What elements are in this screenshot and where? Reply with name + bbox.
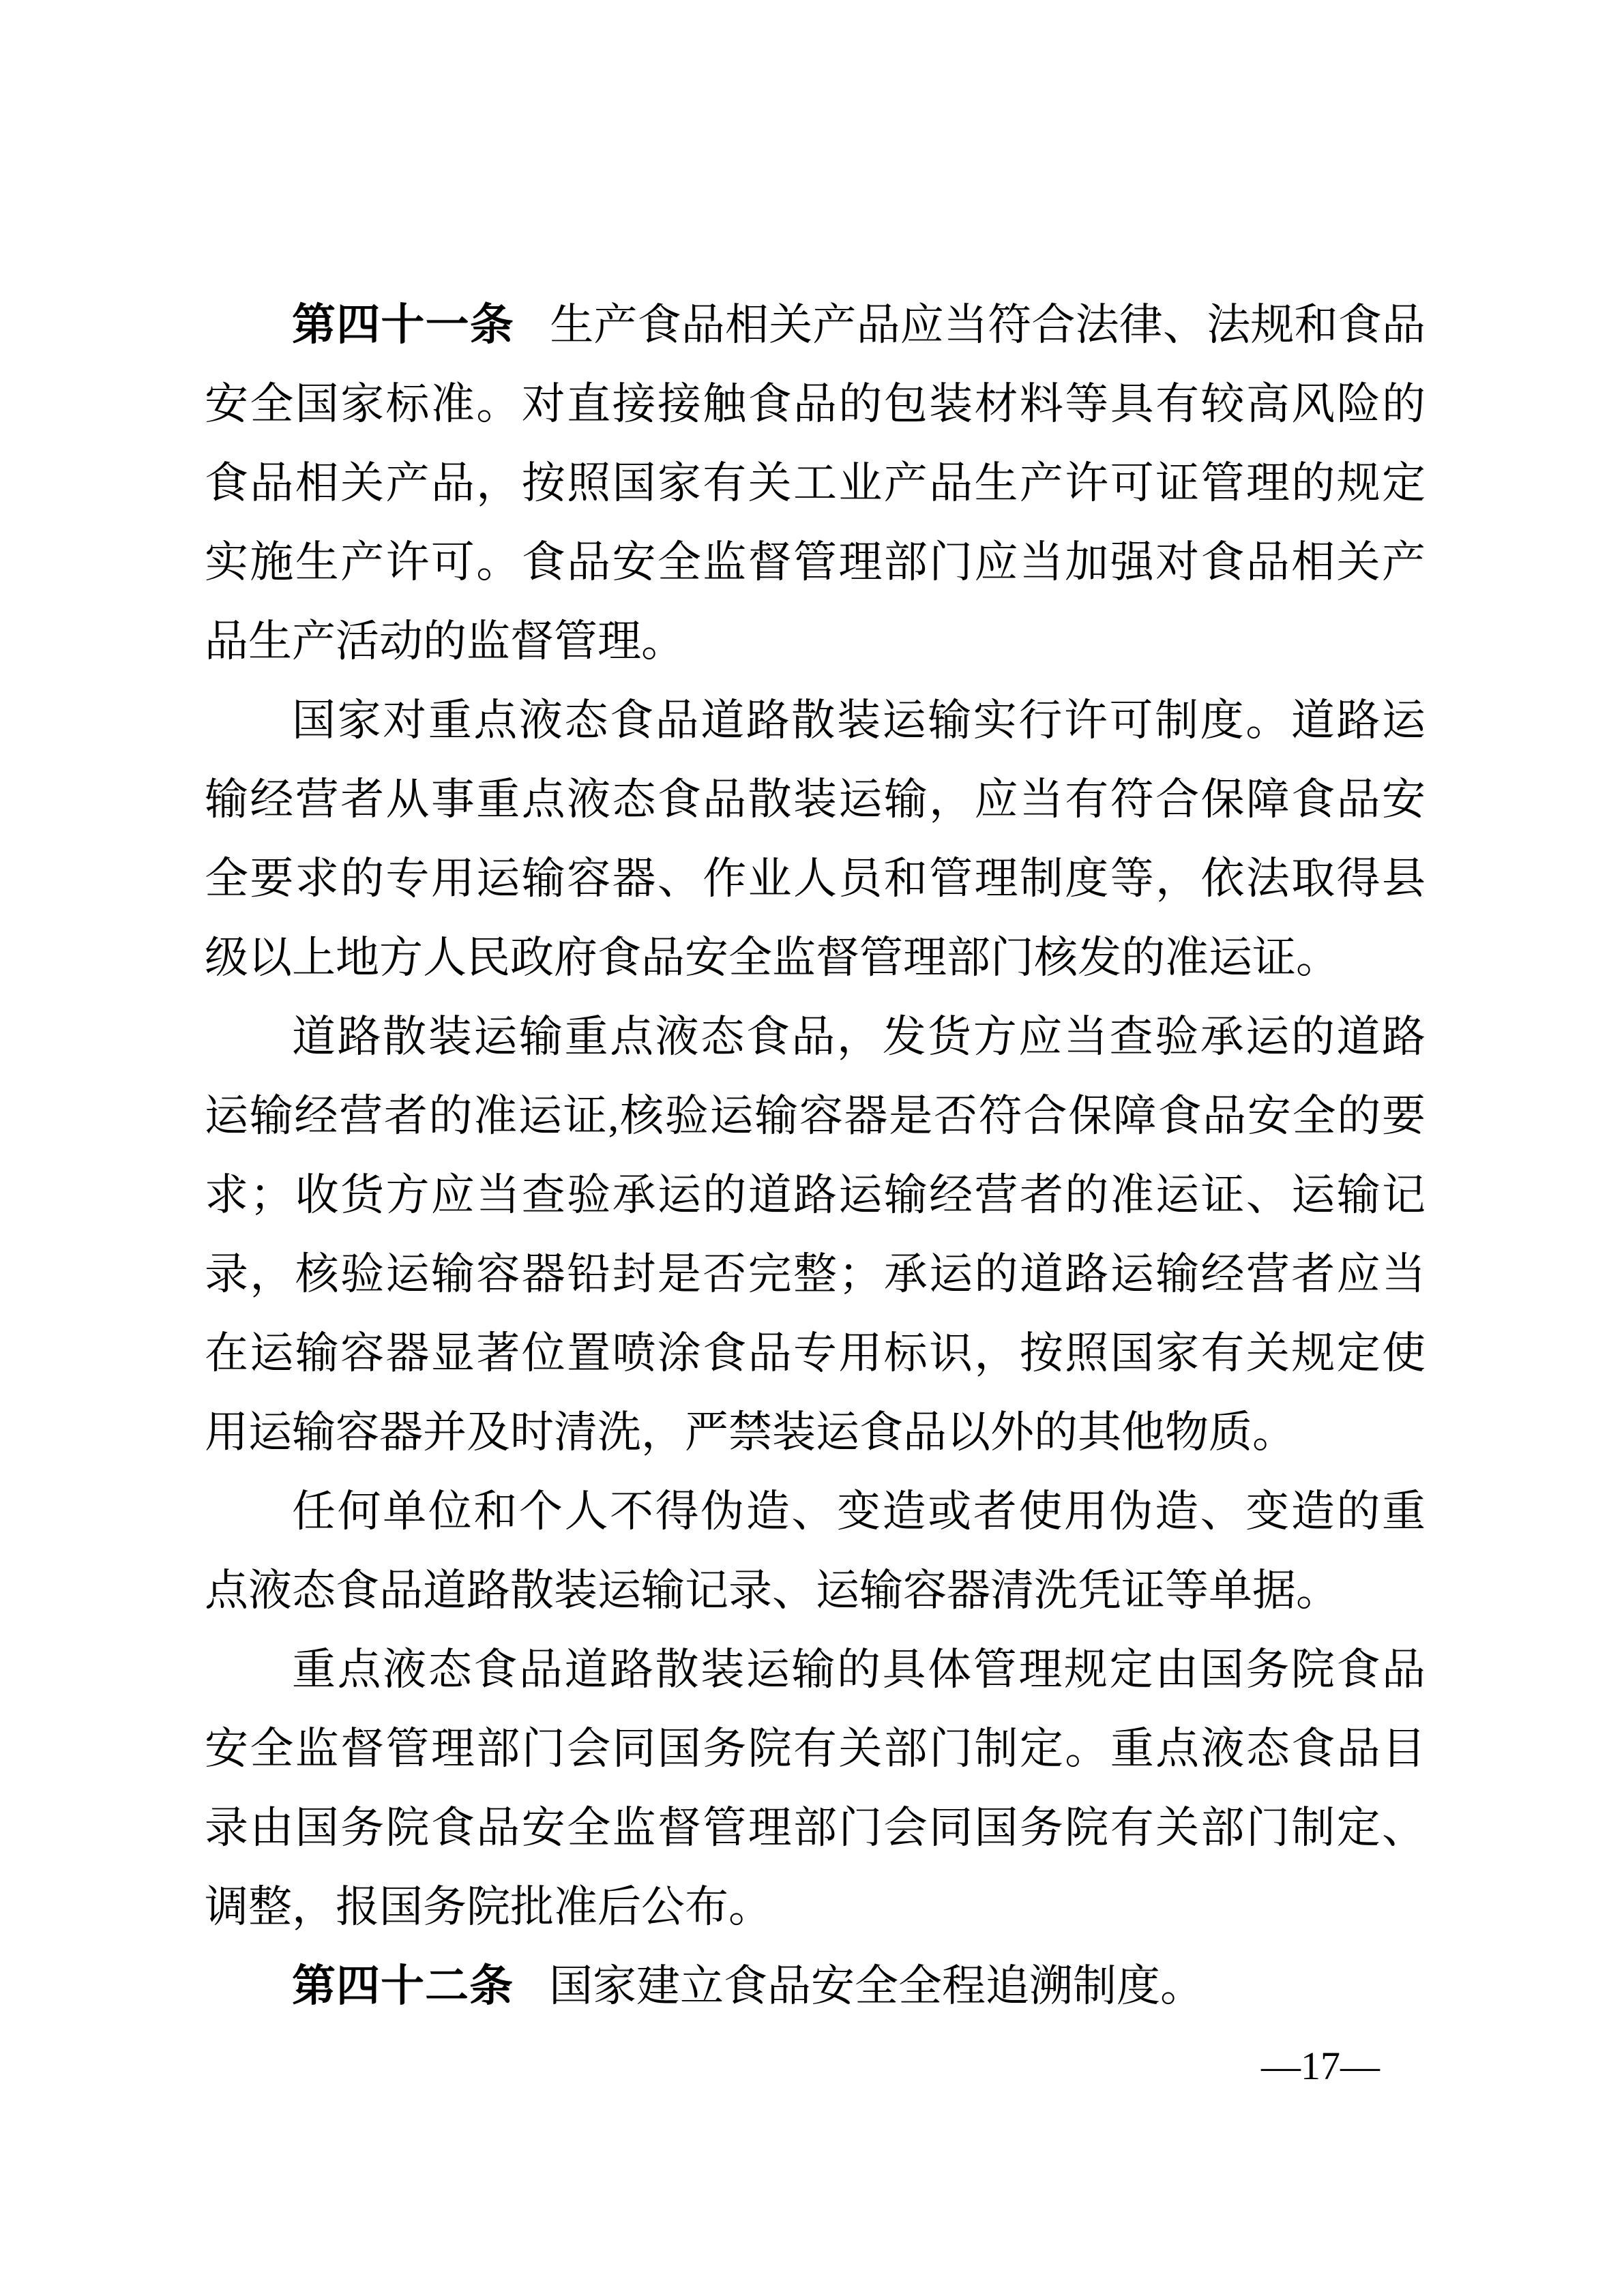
paragraph: 第四十一条生产食品相关产品应当符合法律、法规和食品安全国家标准。对直接接触食品的… xyxy=(205,286,1426,681)
paragraph: 国家对重点液态食品道路散装运输实行许可制度。道路运输经营者从事重点液态食品散装运… xyxy=(205,681,1426,998)
article-number: 第四十二条 xyxy=(292,1961,514,2012)
page-number: —17— xyxy=(1261,2042,1380,2090)
paragraph: 道路散装运输重点液态食品，发货方应当查验承运的道路运输经营者的准运证,核验运输容… xyxy=(205,998,1426,1472)
document-page: 第四十一条生产食品相关产品应当符合法律、法规和食品安全国家标准。对直接接触食品的… xyxy=(0,0,1624,2296)
paragraph: 重点液态食品道路散装运输的具体管理规定由国务院食品安全监督管理部门会同国务院有关… xyxy=(205,1630,1426,1947)
paragraph: 第四十二条国家建立食品安全全程追溯制度。 xyxy=(205,1947,1426,2026)
paragraph: 任何单位和个人不得伪造、变造或者使用伪造、变造的重点液态食品道路散装运输记录、运… xyxy=(205,1472,1426,1630)
document-body: 第四十一条生产食品相关产品应当符合法律、法规和食品安全国家标准。对直接接触食品的… xyxy=(205,286,1426,2026)
article-number: 第四十一条 xyxy=(292,300,514,351)
